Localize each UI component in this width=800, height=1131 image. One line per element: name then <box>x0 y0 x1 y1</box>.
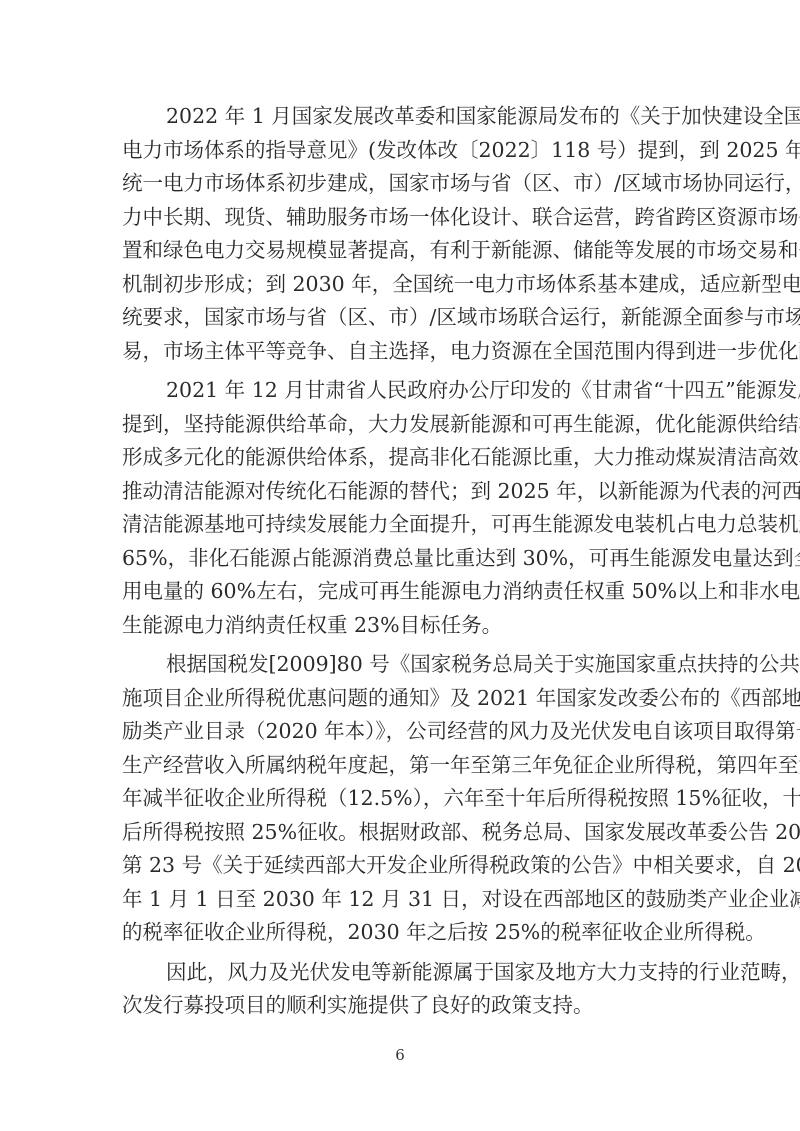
text-line: 第 23 号《关于延续西部大开发企业所得税政策的公告》中相关要求，自 2021 <box>122 849 682 883</box>
text-line: 年 1 月 1 日至 2030 年 12 月 31 日，对设在西部地区的鼓励类产… <box>122 883 682 917</box>
text-line: 推动清洁能源对传统化石能源的替代；到 2025 年，以新能源为代表的河西走廊 <box>122 475 682 509</box>
document-page: 2022 年 1 月国家发展改革委和国家能源局发布的《关于加快建设全国统一 电力… <box>122 100 682 1023</box>
text-line: 因此，风力及光伏发电等新能源属于国家及地方大力支持的行业范畴，为本 <box>122 956 682 990</box>
paragraph-2021-gansu-energy-plan: 2021 年 12 月甘肃省人民政府办公厅印发的《甘肃省“十四五”能源发展规划》… <box>122 374 682 642</box>
text-line: 励类产业目录（2020 年本）》，公司经营的风力及光伏发电自该项目取得第一笔 <box>122 715 682 749</box>
text-line: 提到，坚持能源供给革命，大力发展新能源和可再生能源，优化能源供给结构， <box>122 408 682 442</box>
text-line: 清洁能源基地可持续发展能力全面提升，可再生能源发电装机占电力总装机超过 <box>122 508 682 542</box>
text-line: 置和绿色电力交易规模显著提高，有利于新能源、储能等发展的市场交易和价格 <box>122 234 682 268</box>
text-line: 生能源电力消纳责任权重 23%目标任务。 <box>122 609 682 643</box>
text-line: 2022 年 1 月国家发展改革委和国家能源局发布的《关于加快建设全国统一 <box>122 100 682 134</box>
text-line: 次发行募投项目的顺利实施提供了良好的政策支持。 <box>122 989 682 1023</box>
text-line: 机制初步形成；到 2030 年，全国统一电力市场体系基本建成，适应新型电力系 <box>122 268 682 302</box>
text-line: 的税率征收企业所得税，2030 年之后按 25%的税率征收企业所得税。 <box>122 916 682 950</box>
paragraph-2022-power-market-guidance: 2022 年 1 月国家发展改革委和国家能源局发布的《关于加快建设全国统一 电力… <box>122 100 682 368</box>
text-line: 根据国税发[2009]80 号《国家税务总局关于实施国家重点扶持的公共基础设 <box>122 648 682 682</box>
page-number: 6 <box>0 1046 800 1064</box>
text-line: 易，市场主体平等竞争、自主选择，电力资源在全国范围内得到进一步优化配置。 <box>122 335 682 369</box>
text-line: 后所得税按照 25%征收。根据财政部、税务总局、国家发展改革委公告 2020 年 <box>122 816 682 850</box>
text-line: 电力市场体系的指导意见》(发改体改〔2022〕118 号）提到，到 2025 年… <box>122 134 682 168</box>
text-line: 用电量的 60%左右，完成可再生能源电力消纳责任权重 50%以上和非水电可再 <box>122 575 682 609</box>
text-line: 统一电力市场体系初步建成，国家市场与省（区、市）/区域市场协同运行，电 <box>122 167 682 201</box>
text-line: 2021 年 12 月甘肃省人民政府办公厅印发的《甘肃省“十四五”能源发展规划》 <box>122 374 682 408</box>
text-line: 年减半征收企业所得税（12.5%），六年至十年后所得税按照 15%征收，十一年 <box>122 782 682 816</box>
text-line: 施项目企业所得税优惠问题的通知》及 2021 年国家发改委公布的《西部地区鼓 <box>122 682 682 716</box>
text-line: 65%，非化石能源占能源消费总量比重达到 30%，可再生能源发电量达到全社会 <box>122 542 682 576</box>
text-line: 形成多元化的能源供给体系，提高非化石能源比重，大力推动煤炭清洁高效利用， <box>122 441 682 475</box>
text-line: 生产经营收入所属纳税年度起，第一年至第三年免征企业所得税，第四年至第六 <box>122 749 682 783</box>
paragraph-tax-incentives: 根据国税发[2009]80 号《国家税务总局关于实施国家重点扶持的公共基础设 施… <box>122 648 682 950</box>
text-line: 力中长期、现货、辅助服务市场一体化设计、联合运营，跨省跨区资源市场化配 <box>122 201 682 235</box>
paragraph-conclusion: 因此，风力及光伏发电等新能源属于国家及地方大力支持的行业范畴，为本 次发行募投项… <box>122 956 682 1023</box>
text-line: 统要求，国家市场与省（区、市）/区域市场联合运行，新能源全面参与市场交 <box>122 301 682 335</box>
